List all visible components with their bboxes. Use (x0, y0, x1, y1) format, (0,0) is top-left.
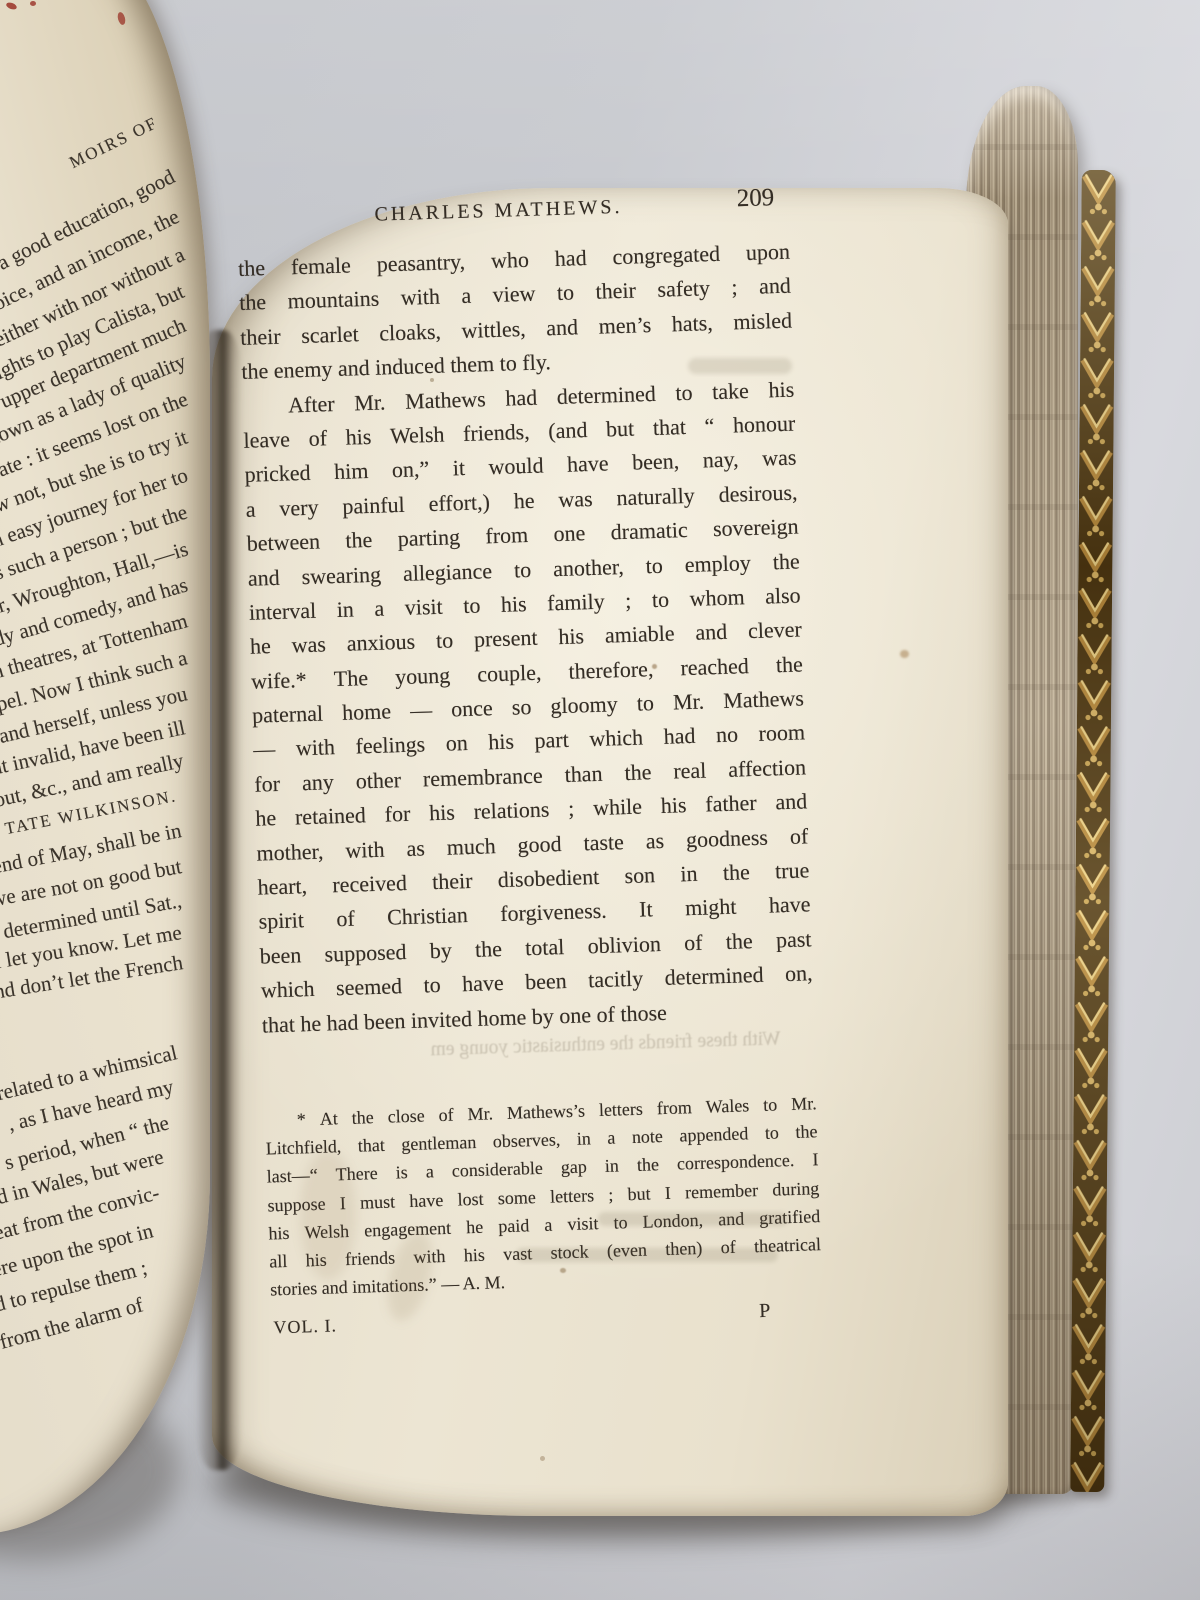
word: been (525, 964, 568, 1000)
verso-text-fragment: MOIRS OF (66, 113, 161, 173)
word: his (558, 620, 585, 655)
word: with (413, 1242, 446, 1271)
word: tacitly (588, 962, 644, 998)
word: to (645, 548, 663, 583)
word: visit (404, 590, 443, 626)
word: Litchfield, (265, 1132, 341, 1163)
word: note (631, 1122, 663, 1151)
word: mountains (287, 282, 380, 319)
word: another, (553, 550, 625, 587)
word: he (250, 629, 272, 664)
word: to (636, 686, 654, 721)
word: allegiance (402, 554, 492, 591)
word: had (554, 241, 587, 276)
word: him (334, 454, 369, 489)
word: spirit (258, 904, 304, 940)
word: of (336, 902, 355, 937)
word: ; (731, 271, 738, 306)
word: other (355, 763, 401, 799)
word: present (473, 621, 538, 657)
word: letters (550, 1181, 595, 1211)
word: appended (679, 1120, 749, 1150)
volume-label: VOL. I. (273, 1316, 337, 1339)
word: Mathews’s (507, 1096, 586, 1127)
signature-mark: P (759, 1300, 771, 1323)
word: been, (632, 445, 680, 481)
word: he (255, 801, 277, 836)
word: with (400, 280, 440, 316)
word: on,” (391, 452, 429, 488)
word: and (759, 269, 792, 304)
word: I (664, 1178, 671, 1206)
word: forgiveness. (500, 894, 608, 932)
word: and (775, 785, 808, 820)
word: parting (397, 520, 460, 556)
word: nay, (702, 443, 739, 478)
word: the (772, 544, 800, 579)
word: letters (598, 1095, 643, 1125)
word: in (604, 1152, 619, 1181)
word: I (339, 1189, 346, 1217)
word: on, (785, 956, 814, 991)
word: than (564, 757, 603, 793)
word: After (288, 387, 335, 423)
word: to (651, 583, 669, 618)
word: their (240, 319, 281, 355)
word: of (789, 819, 808, 854)
word: to (463, 588, 481, 623)
word: clever (747, 613, 802, 649)
word: Mathews (405, 382, 487, 419)
recto-page-text: CHARLES MATHEWS. 209 thefemalepeasantry,… (236, 183, 824, 1342)
word: so (511, 690, 532, 725)
word: friends, (463, 415, 531, 451)
word: very (279, 490, 319, 526)
word: affection (728, 750, 807, 787)
word: Welsh (304, 1217, 349, 1247)
footnote-text: *AtthecloseofMr.Mathews’slettersfromWale… (264, 1089, 822, 1304)
word: from (485, 518, 529, 554)
word: Mr. (467, 1099, 493, 1128)
word: is (395, 1158, 408, 1187)
word: and (247, 560, 280, 595)
word: that (357, 1131, 385, 1160)
show-through-smudge (688, 358, 792, 374)
word: effort,) (428, 485, 490, 521)
word: his (463, 1241, 485, 1270)
word: their (595, 274, 636, 310)
word: while (593, 790, 643, 826)
word: from (656, 1093, 692, 1122)
word: with (345, 832, 385, 868)
word: men’s (598, 308, 652, 344)
word: once (451, 691, 494, 727)
word: supposed (324, 935, 407, 972)
word: remember (685, 1176, 759, 1206)
word: his (268, 1219, 290, 1248)
word: was (291, 628, 326, 663)
word: but (627, 1179, 651, 1208)
word: it (452, 451, 465, 486)
word: the (238, 251, 266, 286)
word: for (254, 767, 281, 802)
word: Wales (705, 1091, 749, 1121)
word: his (345, 420, 372, 455)
word: also (765, 578, 802, 613)
word: the (239, 286, 267, 321)
word: last—“ (266, 1161, 318, 1191)
word: goodness (686, 820, 769, 857)
word: young (395, 658, 451, 694)
word: real (673, 753, 707, 788)
word: past (775, 922, 812, 957)
word: would (488, 449, 544, 485)
word: the (474, 932, 502, 967)
word: close (387, 1102, 425, 1131)
word: correspondence. (677, 1146, 795, 1178)
word: wife.* (251, 663, 308, 699)
word: Mathews (723, 681, 805, 718)
word: which (260, 972, 315, 1008)
word: dramatic (610, 513, 688, 550)
word: during (772, 1174, 820, 1204)
word: was (558, 482, 593, 517)
word: female (290, 248, 351, 284)
word: the (775, 647, 803, 682)
word: and (695, 615, 728, 650)
word: who (490, 243, 529, 279)
word: have (768, 888, 811, 924)
word: a (425, 1158, 434, 1186)
word: of (438, 1101, 454, 1130)
word: of (308, 421, 327, 456)
word: anxious (346, 625, 415, 662)
word: home (342, 694, 392, 730)
word: his (429, 796, 456, 831)
word: seemed (336, 969, 403, 1005)
word: gloomy (550, 687, 618, 723)
word: cloaks, (379, 314, 442, 350)
word: his (305, 1246, 327, 1275)
word: but (606, 412, 635, 447)
word: with (295, 731, 335, 767)
word: scarlet (301, 317, 359, 353)
word: therefore, (568, 652, 654, 689)
word: the (722, 855, 750, 890)
word: “ (704, 409, 715, 444)
word: his (488, 725, 515, 760)
word: received (332, 866, 408, 903)
word: remembrance (422, 759, 543, 797)
word: total (525, 930, 565, 966)
word: as (645, 824, 664, 859)
word: suppose (267, 1189, 326, 1219)
word: in (336, 592, 354, 627)
word: naturally (616, 478, 695, 515)
word: the (795, 1117, 818, 1146)
word: determined (556, 376, 656, 413)
word: son (624, 858, 656, 893)
word: to (556, 276, 574, 311)
word: he (513, 484, 535, 519)
word: which (589, 721, 644, 757)
word: gentleman (401, 1128, 477, 1159)
word: feelings (355, 728, 426, 765)
word: view (492, 277, 536, 313)
word: in (680, 857, 698, 892)
word: he (466, 1212, 484, 1241)
word: his (660, 788, 687, 823)
word: * (296, 1105, 306, 1133)
word: determined (664, 958, 764, 995)
word: — (253, 733, 276, 768)
word: lost (457, 1184, 484, 1213)
word: their (432, 864, 473, 900)
word: between (246, 525, 320, 562)
word: friends (345, 1243, 396, 1273)
word: a (544, 1210, 553, 1238)
word: in (576, 1124, 591, 1153)
word: have (409, 1186, 444, 1215)
word: sovereign (712, 510, 799, 547)
word: the (636, 1151, 659, 1180)
word: The (333, 661, 368, 696)
word: have (567, 447, 610, 483)
word: desirous, (718, 475, 798, 512)
verso-page-text: MOIRS OFwell,—a good education, goodod v… (0, 0, 205, 1560)
word: for (384, 797, 411, 832)
word: a (461, 279, 472, 314)
word: misled (733, 303, 793, 339)
word: by (429, 933, 452, 968)
word: mother, (256, 834, 324, 870)
word: the (725, 924, 753, 959)
word: the (624, 755, 652, 790)
word: to (435, 624, 453, 659)
word: peasantry, (376, 245, 465, 282)
word: upon (745, 235, 790, 271)
word: had (663, 719, 696, 754)
show-through-smudge (598, 1212, 788, 1226)
word: There (335, 1159, 378, 1188)
word: that (652, 410, 686, 445)
word: was (762, 441, 797, 476)
word: part (534, 723, 569, 758)
word: I (812, 1146, 819, 1174)
word: father (705, 786, 757, 822)
word: to (675, 375, 693, 410)
word: of (684, 926, 703, 961)
word: oblivion (587, 927, 661, 964)
word: whom (689, 580, 745, 616)
photo-of-open-book: CHARLES MATHEWS. 209 thefemalepeasantry,… (0, 0, 1200, 1600)
word: relations (473, 793, 550, 830)
running-header: CHARLES MATHEWS. (374, 196, 623, 227)
word: and (546, 310, 579, 345)
word: heart, (257, 869, 308, 905)
word: — (410, 693, 433, 728)
word: room (758, 716, 806, 752)
word: congregated (612, 237, 721, 275)
word: take (712, 374, 750, 410)
word: engagement (364, 1213, 452, 1244)
word: had (505, 380, 538, 415)
word: considerable (451, 1154, 543, 1185)
body-text: thefemalepeasantry,whohadcongregatedupon… (238, 235, 815, 1043)
word: pricked (244, 456, 311, 492)
word: ; (568, 792, 575, 827)
show-through-smudge (516, 1248, 778, 1262)
word: family (547, 585, 605, 621)
word: paternal (252, 697, 324, 734)
word: as (406, 831, 425, 866)
word: Welsh (389, 418, 445, 454)
word: true (775, 853, 810, 888)
word: couple, (477, 655, 542, 691)
word: Mr. (672, 685, 704, 720)
word: Mr. (791, 1089, 817, 1118)
word: paid (498, 1211, 530, 1240)
word: his (500, 587, 527, 622)
word: gap (560, 1153, 587, 1182)
word: on (445, 726, 468, 761)
word: observes, (492, 1125, 560, 1155)
word: no (715, 718, 738, 753)
word: honour (732, 407, 795, 443)
word: amiable (604, 617, 675, 654)
word: must (360, 1187, 396, 1216)
word: a (607, 1124, 616, 1152)
word: Christian (387, 899, 469, 936)
word: to (764, 1119, 779, 1148)
word: hats, (671, 306, 713, 342)
word: the (345, 523, 373, 558)
word: a (245, 492, 256, 527)
word: swearing (301, 557, 381, 594)
word: (and (548, 413, 588, 449)
word: one (553, 516, 586, 551)
word: taste (583, 825, 624, 861)
word: ; (608, 1180, 614, 1208)
word: all (269, 1247, 288, 1276)
word: some (497, 1183, 536, 1212)
word: the (351, 1103, 374, 1132)
word: to (423, 968, 441, 1003)
word: employ (684, 546, 751, 582)
word: to (763, 1090, 778, 1119)
word: It (639, 893, 654, 928)
page-number: 209 (736, 184, 774, 213)
word: disobedient (497, 860, 599, 898)
word: any (301, 765, 334, 800)
word: have (462, 966, 505, 1002)
word: Mr. (354, 385, 386, 420)
word: painful (342, 488, 405, 524)
word: been (259, 938, 302, 974)
word: ; (625, 584, 632, 619)
word: a (374, 591, 385, 626)
word: to (514, 552, 532, 587)
word: leave (243, 422, 290, 458)
word: At (319, 1104, 338, 1133)
word: reached (680, 649, 749, 686)
word: wittles, (461, 312, 526, 348)
word: retained (294, 798, 366, 835)
word: good (517, 827, 562, 863)
word: might (685, 890, 737, 926)
word: interval (248, 594, 316, 630)
word: much (446, 829, 496, 865)
word: visit (567, 1209, 599, 1238)
word: safety (657, 272, 711, 308)
word: his (768, 372, 795, 407)
